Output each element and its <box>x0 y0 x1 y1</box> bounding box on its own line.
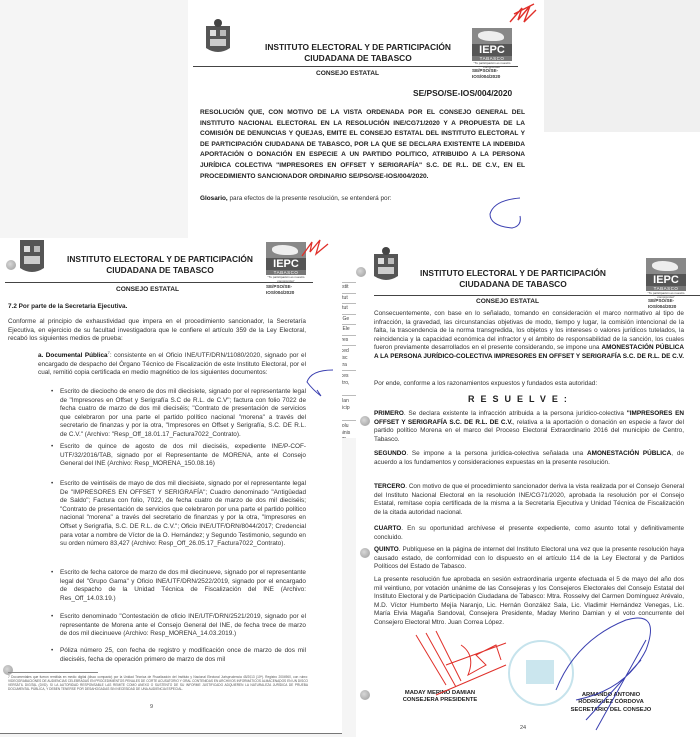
hole-punch-icon <box>6 260 16 270</box>
point-text: . Se declara existente la infracción atr… <box>404 410 627 417</box>
point-label: TERCERO <box>374 483 405 490</box>
point-text: . Se impone a la persona jurídica-colect… <box>406 450 587 457</box>
iepc-logo: IEPC TABASCO "Tu participación es nuestr… <box>646 258 686 298</box>
institute-line-2: CIUDADANA DE TABASCO <box>258 53 458 64</box>
por-ende-text: Por ende, conforme a los razonamientos e… <box>374 380 684 389</box>
coat-of-arms-icon <box>202 18 234 56</box>
council-name: CONSEJO ESTATAL <box>116 286 179 293</box>
hole-punch-icon <box>360 416 370 426</box>
footnote-divider <box>8 672 98 673</box>
iepc-logo: IEPC TABASCO "Tu participación es nuestr… <box>266 242 306 282</box>
page-number: 9 <box>150 704 153 710</box>
signer-secretary: ARMANDO ANTONIO RODRÍGUEZ CÓRDOVA SECRET… <box>556 692 666 714</box>
resolution-title: RESOLUCIÓN QUE, CON MOTIVO DE LA VISTA O… <box>200 108 525 182</box>
signer-president: MADAY MERINO DAMIAN CONSEJERA PRESIDENTE <box>390 690 490 705</box>
signer-title: CONSEJERA PRESIDENTE <box>390 697 490 704</box>
tabasco-map-icon <box>646 258 686 274</box>
signer-title: SECRETARIO DEL CONSEJO <box>556 707 666 714</box>
institute-line-1: INSTITUTO ELECTORAL Y DE PARTICIPACIÓN <box>65 254 255 265</box>
institute-name: INSTITUTO ELECTORAL Y DE PARTICIPACIÓN C… <box>258 42 458 64</box>
item-a-label: a. Documental Pública <box>38 352 108 359</box>
approval-paragraph: La presente resolución fue aprobada en s… <box>374 576 684 628</box>
header-case-code: SE/PSO/SE- IOS/004/2020 <box>266 284 294 295</box>
hole-punch-icon <box>360 690 370 700</box>
hole-punch-icon <box>356 267 366 277</box>
point-label: SEGUNDO <box>374 450 406 457</box>
header-case-code: SE/PSO/SE- IOS/004/2020 <box>648 298 676 309</box>
glossary-label: Glosario, <box>200 195 228 202</box>
point-text: . Con motivo de que el procedimiento san… <box>374 483 684 516</box>
header-case-code: SE/PSO/SE- IOS/004/2020 <box>472 68 500 79</box>
resolution-point-quinto: QUINTO. Publíquese en la página de inter… <box>374 546 684 572</box>
resolution-point-cuarto: CUARTO. En su oportunidad archívese el p… <box>374 525 684 542</box>
iepc-logo: IEPC TABASCO "Tu participación es nuestr… <box>472 28 512 68</box>
code-line-2: IOS/004/2020 <box>266 290 294 296</box>
section-heading: 7.2 Por parte de la Secretaria Ejecutiva… <box>8 303 127 312</box>
evidence-list-item: Escrito de dieciocho de enero de dos mil… <box>60 388 306 440</box>
resolution-point-segundo: SEGUNDO. Se impone a la persona jurídica… <box>374 450 684 467</box>
tabasco-map-icon <box>472 28 512 44</box>
header-divider <box>374 295 700 296</box>
case-number: SE/PSO/SE-IOS/004/2020 <box>413 88 512 98</box>
viewer-background <box>544 0 700 132</box>
coat-of-arms-icon <box>16 238 48 276</box>
coat-of-arms-icon <box>370 246 402 284</box>
code-line-2: IOS/004/2020 <box>648 304 676 310</box>
evidence-list-item: Escrito de fecha catorce de marzo de dos… <box>60 569 306 603</box>
footnote: 7 Documentales que fueron remitida en me… <box>8 675 308 691</box>
signer-name: MADAY MERINO DAMIAN <box>390 690 490 697</box>
institute-line-1: INSTITUTO ELECTORAL Y DE PARTICIPACIÓN <box>258 42 458 53</box>
tabasco-map-icon <box>266 242 306 258</box>
institute-line-2: CIUDADANA DE TABASCO <box>418 279 608 290</box>
code-line-1: SE/PSO/SE- <box>266 284 294 290</box>
page-number: 24 <box>520 725 526 731</box>
resolution-point-primero: PRIMERO. Se declara existente la infracc… <box>374 410 684 444</box>
point-label: CUARTO <box>374 525 401 532</box>
code-line-2: IOS/004/2020 <box>472 74 500 80</box>
point-text: . Publíquese en la página de internet de… <box>374 546 684 570</box>
council-name: CONSEJO ESTATAL <box>476 298 539 305</box>
evidence-list-item: Escrito de quince de agosto de dos mil d… <box>60 443 306 469</box>
resuelve-heading: RESUELVE: <box>468 394 573 404</box>
institute-name: INSTITUTO ELECTORAL Y DE PARTICIPACIÓN C… <box>65 254 255 276</box>
sanction-paragraph: Consecuentemente, con base en lo señalad… <box>374 310 684 362</box>
point-label: QUINTO <box>374 546 399 553</box>
document-page-24: INSTITUTO ELECTORAL Y DE PARTICIPACIÓN C… <box>356 240 700 737</box>
code-line-1: SE/PSO/SE- <box>472 68 500 74</box>
documental-publica-item: a. Documental Pública7: consistente en e… <box>38 349 306 378</box>
evidence-list-item: Póliza número 25, con fecha de registro … <box>60 647 306 664</box>
code-line-1: SE/PSO/SE- <box>648 298 676 304</box>
logo-text: IEPC <box>646 274 686 286</box>
glossary-intro: Glosario, para efectos de la presente re… <box>200 195 525 204</box>
evidence-list-item: Escrito de veintiséis de mayo de dos mil… <box>60 480 306 549</box>
institute-name: INSTITUTO ELECTORAL Y DE PARTICIPACIÓN C… <box>418 268 608 290</box>
document-page-9: INSTITUTO ELECTORAL Y DE PARTICIPACIÓN C… <box>0 238 342 734</box>
point-bold: AMONESTACIÓN PÚBLICA <box>587 450 671 457</box>
point-text: . En su oportunidad archívese el present… <box>374 525 684 541</box>
resolution-point-tercero: TERCERO. Con motivo de que el procedimie… <box>374 483 684 517</box>
institute-line-1: INSTITUTO ELECTORAL Y DE PARTICIPACIÓN <box>418 268 608 279</box>
institute-line-2: CIUDADANA DE TABASCO <box>65 265 255 276</box>
logo-text: IEPC <box>472 44 512 56</box>
point-label: PRIMERO <box>374 410 404 417</box>
section-intro: Conforme al principio de exhaustividad q… <box>8 318 306 344</box>
red-signature-icon <box>508 2 538 32</box>
hole-punch-icon <box>3 665 13 675</box>
logo-text: IEPC <box>266 258 306 270</box>
council-name: CONSEJO ESTATAL <box>316 70 379 77</box>
glossary-text: para efectos de la presente resolución, … <box>228 195 392 202</box>
signer-name-line-2: RODRÍGUEZ CÓRDOVA <box>556 699 666 706</box>
header-divider <box>5 282 313 283</box>
evidence-list-item: Escrito denominado "Contestación de ofic… <box>60 613 306 639</box>
header-divider <box>193 66 518 67</box>
hole-punch-icon <box>360 548 370 558</box>
